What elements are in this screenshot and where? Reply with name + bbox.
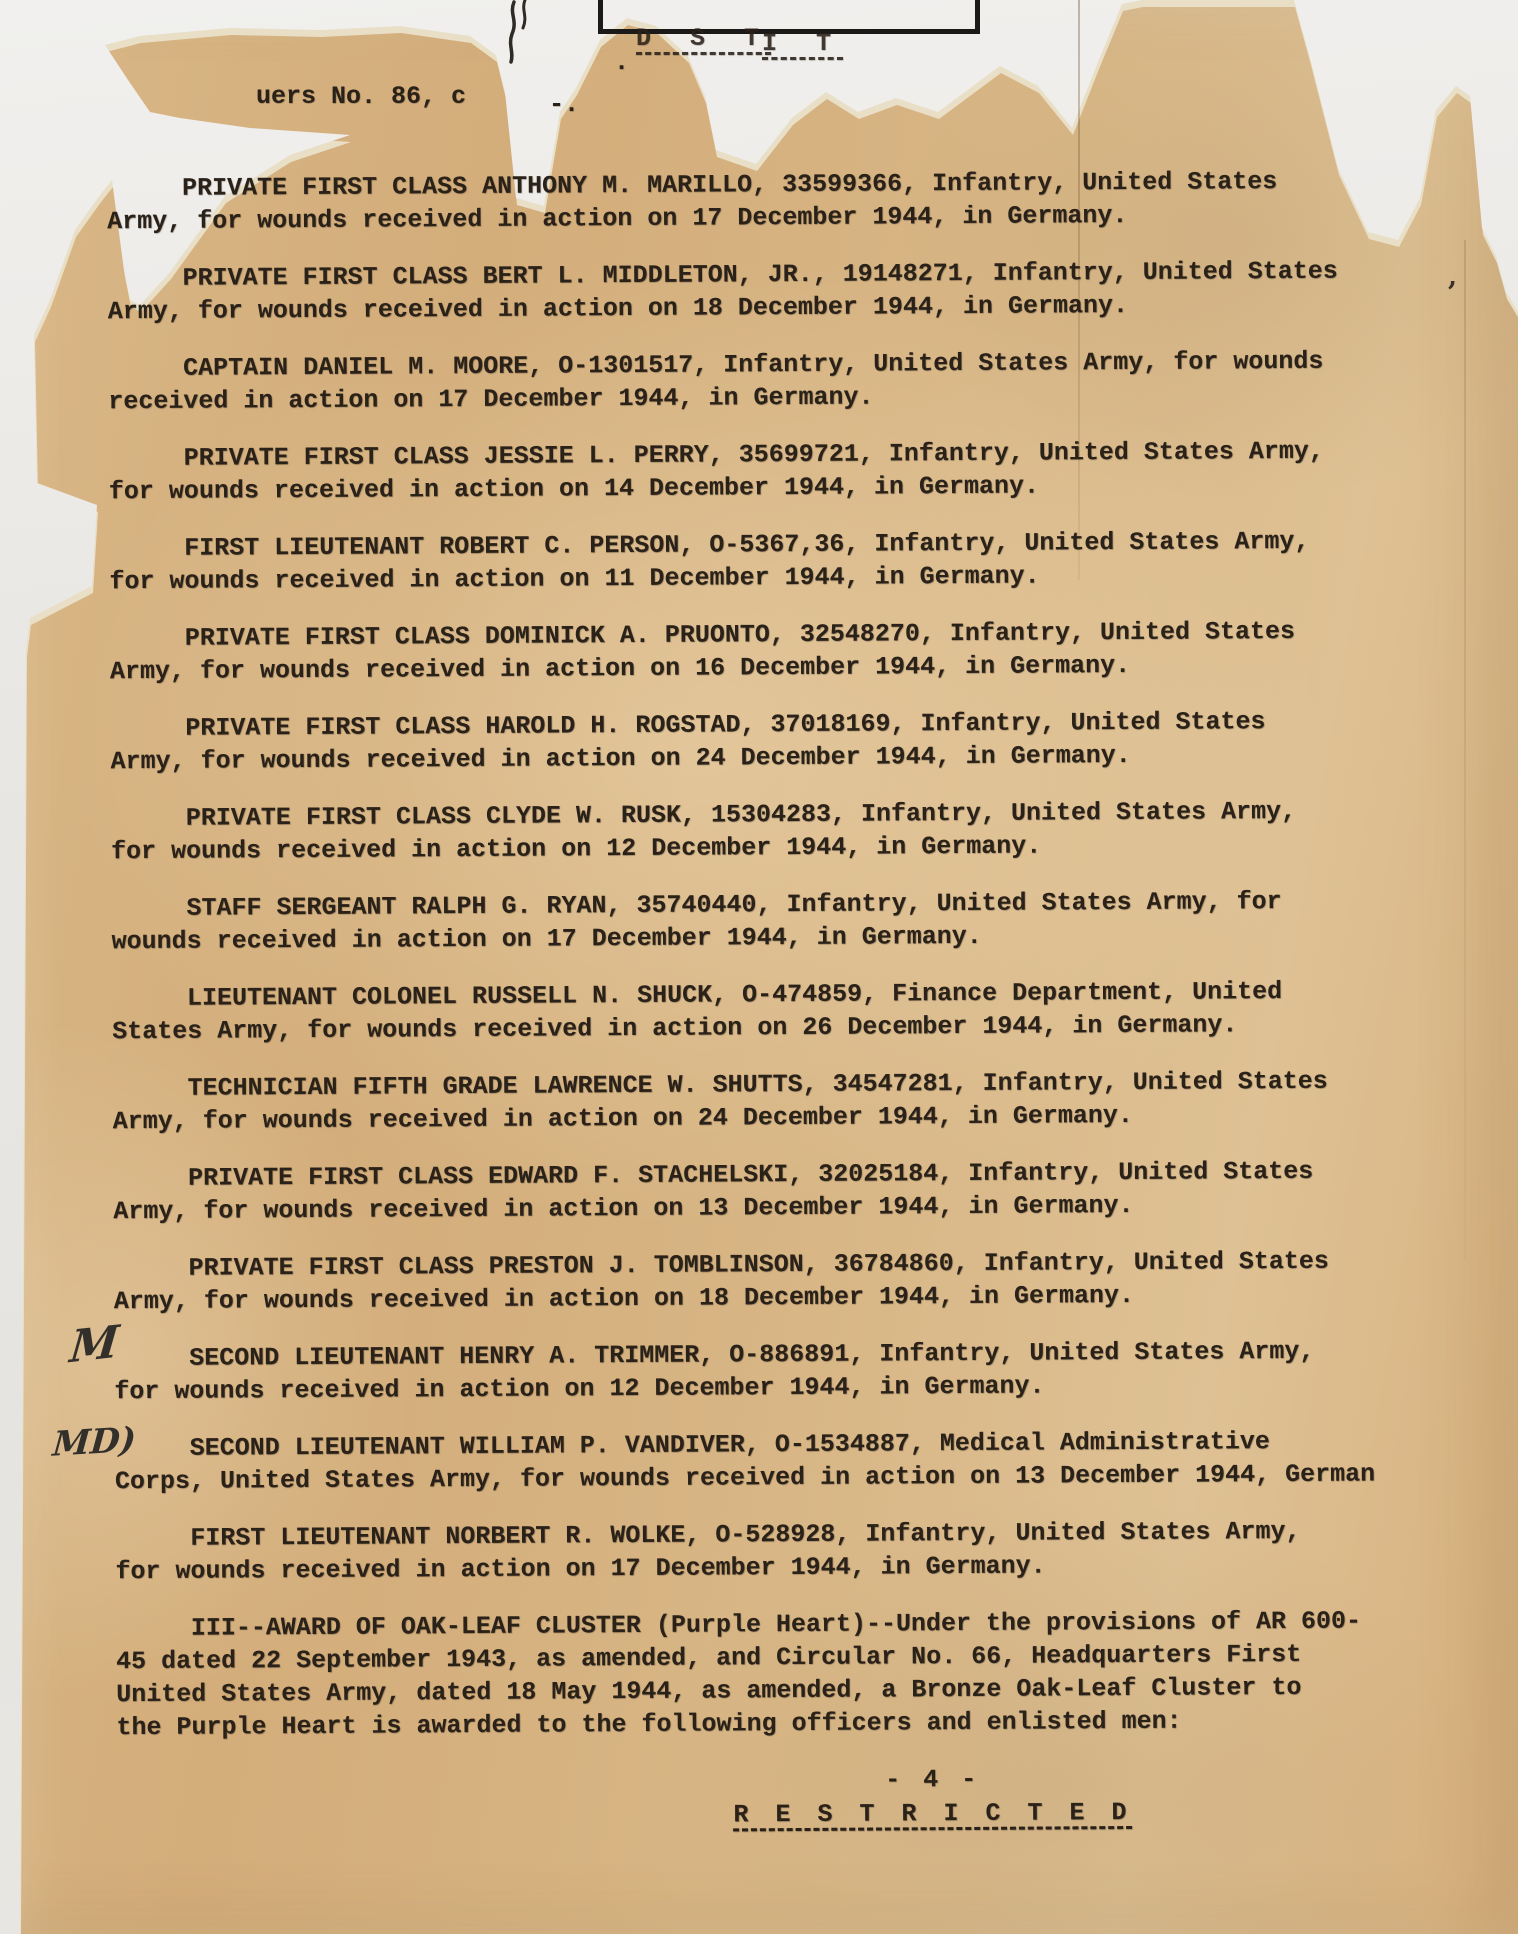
entry-line: wounds received in action on 17 December… [112,917,1484,958]
entry-line: for wounds received in action on 12 Dece… [114,1367,1486,1408]
award-entry-vandiver: MD) SECOND LIEUTENANT WILLIAM P. VANDIVE… [115,1424,1487,1498]
typed-body: PRIVATE FIRST CLASS ANTHONY M. MARILLO, … [107,164,1489,1835]
entry-line: for wounds received in action on 17 Dece… [115,1547,1487,1588]
handwritten-margin-mark-md: MD) [51,1424,137,1462]
entry-line: Army, for wounds received in action on 1… [113,1187,1485,1228]
page-number: - 4 - [247,1759,1518,1800]
section-iii-oak-leaf-cluster: III--AWARD OF OAK-LEAF CLUSTER (Purple H… [116,1604,1489,1744]
entry-line: Army, for wounds received in action on 1… [110,647,1482,688]
handwritten-squiggle-mark [500,0,536,66]
torn-stamp-letters-left: D S T [636,24,771,54]
award-entry-stachelski: PRIVATE FIRST CLASS EDWARD F. STACHELSKI… [113,1154,1485,1228]
entry-line: Army, for wounds received in action on 1… [114,1277,1486,1318]
award-entry-marillo: PRIVATE FIRST CLASS ANTHONY M. MARILLO, … [107,164,1479,238]
entry-line: Army, for wounds received in action on 2… [110,737,1482,778]
orders-number-fragment: uers No. 86, c [256,82,466,112]
entry-line: received in action on 17 December 1944, … [108,377,1480,418]
award-entry-trimmer: M SECOND LIEUTENANT HENRY A. TRIMMER, O-… [114,1334,1486,1408]
section-line: the Purple Heart is awarded to the follo… [116,1703,1488,1744]
entry-line: Army, for wounds received in action on 1… [108,287,1480,328]
award-entry-rogstad: PRIVATE FIRST CLASS HAROLD H. ROGSTAD, 3… [110,704,1482,778]
award-entry-ryan: STAFF SERGEANT RALPH G. RYAN, 35740440, … [111,884,1483,958]
restricted-classification: R E S T R I C T E D [733,1796,1132,1831]
entry-line: for wounds received in action on 14 Dece… [109,467,1481,508]
entry-line: Corps, United States Army, for wounds re… [115,1457,1487,1498]
award-entry-shutts: TECHNICIAN FIFTH GRADE LAWRENCE W. SHUTT… [112,1064,1484,1138]
award-entry-middleton: PRIVATE FIRST CLASS BERT L. MIDDLETON, J… [107,254,1479,328]
award-entry-moore: CAPTAIN DANIEL M. MOORE, O-1301517, Infa… [108,344,1480,418]
award-entry-pruonto: PRIVATE FIRST CLASS DOMINICK A. PRUONTO,… [110,614,1482,688]
entry-line: States Army, for wounds received in acti… [112,1007,1484,1048]
award-entry-person: FIRST LIEUTENANT ROBERT C. PERSON, O-536… [109,524,1481,598]
stamp-stray-period: . [614,48,629,78]
torn-stamp-letters-right: I T [762,29,843,59]
handwritten-margin-mark-m: M [69,1325,121,1364]
award-entry-wolke: FIRST LIEUTENANT NORBERT R. WOLKE, O-528… [115,1514,1487,1588]
award-entry-tomblinson: PRIVATE FIRST CLASS PRESTON J. TOMBLINSO… [114,1244,1486,1318]
award-entry-rusk: PRIVATE FIRST CLASS CLYDE W. RUSK, 15304… [111,794,1483,868]
entry-line: for wounds received in action on 12 Dece… [111,827,1483,868]
award-entry-shuck: LIEUTENANT COLONEL RUSSELL N. SHUCK, O-4… [112,974,1484,1048]
page-footer: - 4 - R E S T R I C T E D [247,1759,1518,1834]
orders-fragment-stray: -. [549,90,579,120]
award-entry-perry: PRIVATE FIRST CLASS JESSIE L. PERRY, 356… [109,434,1481,508]
entry-line: Army, for wounds received in action on 2… [113,1097,1485,1138]
scanned-document-page: { "doc": { "header": { "stamp_letters_le… [0,0,1518,1934]
entry-line: for wounds received in action on 11 Dece… [109,557,1481,598]
entry-line: Army, for wounds received in action on 1… [107,197,1479,238]
